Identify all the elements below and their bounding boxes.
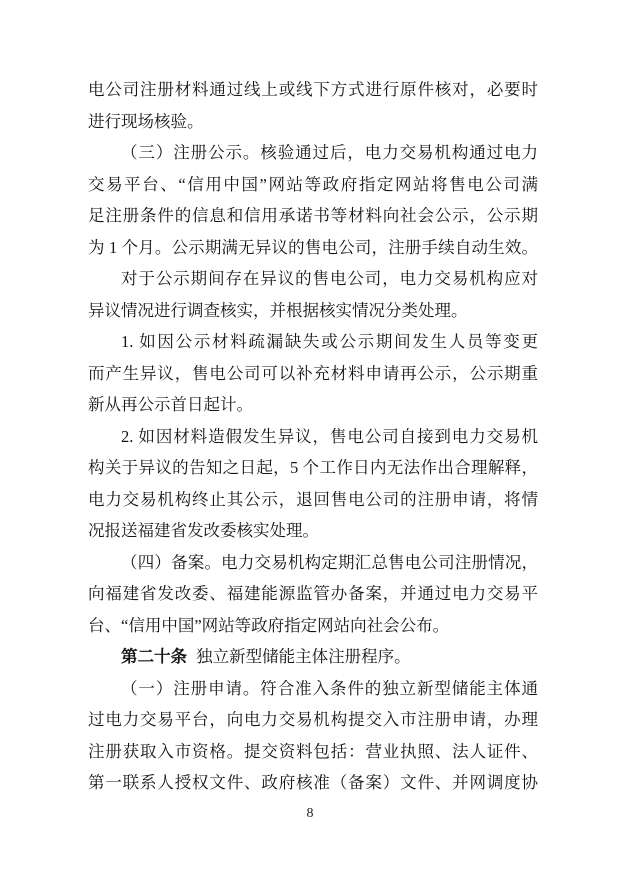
text-line: 而产生异议，售电公司可以补充材料申请再公示，公示期重 <box>88 358 538 390</box>
text-line: 为 1 个月。公示期满无异议的售电公司，注册手续自动生效。 <box>88 232 538 264</box>
text-line: 对于公示期间存在异议的售电公司，电力交易机构应对 <box>88 263 538 295</box>
page-number: 8 <box>0 804 620 824</box>
text-line: 过电力交易平台，向电力交易机构提交入市注册申请，办理 <box>88 704 538 736</box>
text-line: 第二十条 独立新型储能主体注册程序。 <box>88 641 538 673</box>
text-line: 进行现场核验。 <box>88 106 538 138</box>
text-line: 新从再公示首日起计。 <box>88 389 538 421</box>
text-line: 交易平台、“信用中国”网站等政府指定网站将售电公司满 <box>88 169 538 201</box>
text-line: 1. 如因公示材料疏漏缺失或公示期间发生人员等变更 <box>88 326 538 358</box>
text-line: （三）注册公示。核验通过后，电力交易机构通过电力 <box>88 137 538 169</box>
text-line: 2. 如因材料造假发生异议，售电公司自接到电力交易机 <box>88 421 538 453</box>
document-page: 电公司注册材料通过线上或线下方式进行原件核对，必要时进行现场核验。（三）注册公示… <box>0 0 620 876</box>
text-line: 构关于异议的告知之日起，5 个工作日内无法作出合理解释， <box>88 452 538 484</box>
text-line: 向福建省发改委、福建能源监管办备案，并通过电力交易平 <box>88 578 538 610</box>
text-line: 足注册条件的信息和信用承诺书等材料向社会公示，公示期 <box>88 200 538 232</box>
document-body: 电公司注册材料通过线上或线下方式进行原件核对，必要时进行现场核验。（三）注册公示… <box>88 74 538 799</box>
text-line: （一）注册申请。符合准入条件的独立新型储能主体通 <box>88 673 538 705</box>
article-number-bold: 第二十条 <box>121 647 187 666</box>
text-line: 异议情况进行调查核实，并根据核实情况分类处理。 <box>88 295 538 327</box>
text-line: （四）备案。电力交易机构定期汇总售电公司注册情况， <box>88 547 538 579</box>
text-line: 电公司注册材料通过线上或线下方式进行原件核对，必要时 <box>88 74 538 106</box>
text-line: 第一联系人授权文件、政府核准（备案）文件、并网调度协 <box>88 767 538 799</box>
text-line: 电力交易机构终止其公示，退回售电公司的注册申请，将情 <box>88 484 538 516</box>
text-line: 况报送福建省发改委核实处理。 <box>88 515 538 547</box>
text-line: 注册获取入市资格。提交资料包括：营业执照、法人证件、 <box>88 736 538 768</box>
text-line: 台、“信用中国”网站等政府指定网站向社会公布。 <box>88 610 538 642</box>
